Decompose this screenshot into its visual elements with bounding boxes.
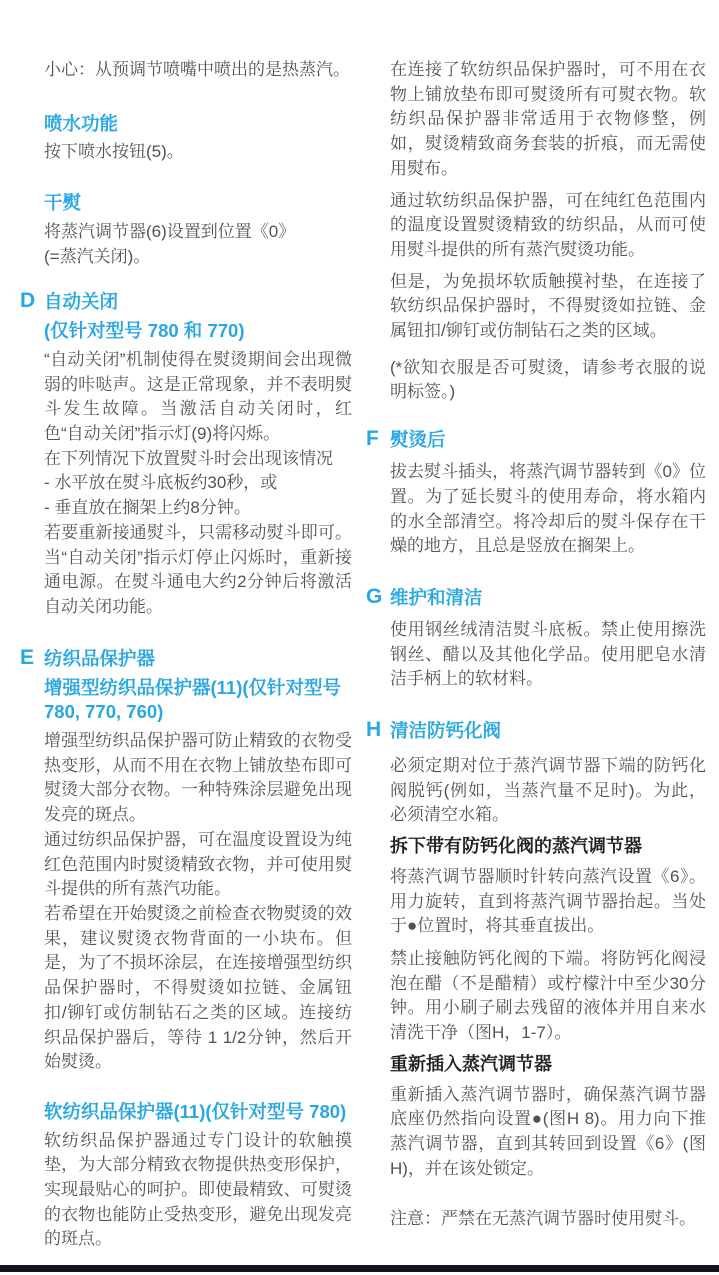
paragraph: 在下列情况下放置熨斗时会出现该情况	[44, 447, 352, 472]
paragraph: 将蒸汽调节器(6)设置到位置《0》	[44, 220, 352, 245]
paragraph: 使用钢丝绒清洁熨斗底板。禁止使用擦洗钢丝、醋以及其他化学品。使用肥皂水清洁手柄上…	[390, 618, 706, 692]
section-title: 清洁防钙化阀	[390, 720, 501, 741]
paragraph: - 垂直放在搁架上约8分钟。	[44, 496, 352, 521]
paragraph: “自动关闭”机制使得在熨烫期间会出现微弱的咔哒声。这是正常现象，并不表明熨斗发生…	[44, 348, 352, 447]
section-title: 熨烫后	[390, 429, 446, 450]
sub-heading: 增强型纺织品保护器(11)(仅针对型号 780, 770, 760)	[44, 676, 352, 725]
paragraph: 通过软纺织品保护器，可在纯红色范围内的温度设置熨烫精致的纺织品，从而可使用熨斗提…	[390, 189, 706, 263]
paragraph: 若希望在开始熨烫之前检查衣物熨烫的效果，建议熨烫衣物背面的一小块布。但是，为了不…	[44, 902, 352, 1075]
paragraph: 禁止接触防钙化阀的下端。将防钙化阀浸泡在醋（不是醋精）或柠檬汁中至少30分钟。用…	[390, 947, 706, 1046]
section-letter: G	[366, 584, 382, 609]
section-letter: H	[366, 717, 381, 742]
section-title: 纺织品保护器	[44, 648, 155, 669]
sub-heading: 干熨	[44, 191, 352, 216]
section-title: 自动关闭	[44, 291, 118, 312]
paragraph: 通过纺织品保护器，可在温度设置设为纯红色范围内时熨烫精致衣物，并可使用熨斗提供的…	[44, 828, 352, 902]
paragraph: 小心：从预调节喷嘴中喷出的是热蒸汽。	[44, 58, 352, 83]
section-heading-f: F熨烫后	[390, 427, 706, 454]
section-heading-e: E纺织品保护器	[44, 646, 352, 673]
manual-page: { "colors": { "accent": "#29a8e0", "body…	[0, 0, 719, 1275]
paragraph: (=蒸汽关闭)。	[44, 245, 352, 270]
paragraph: 按下喷水按钮(5)。	[44, 140, 352, 165]
paragraph: 必须定期对位于蒸汽调节器下端的防钙化阀脱钙(例如，当蒸汽量不足时)。为此，必须清…	[390, 754, 706, 828]
paragraph: 注意：严禁在无蒸汽调节器时使用熨斗。	[390, 1207, 706, 1232]
paragraph: 若要重新接通熨斗，只需移动熨斗即可。当“自动关闭”指示灯停止闪烁时，重新接通电源…	[44, 521, 352, 620]
section-letter: D	[20, 288, 35, 313]
paragraph: 增强型纺织品保护器可防止精致的衣物受热变形，从而不用在衣物上铺放垫布即可熨烫大部…	[44, 729, 352, 828]
sub-heading-black: 重新插入蒸汽调节器	[390, 1052, 706, 1077]
section-title: 维护和清洁	[390, 587, 483, 608]
section-letter: F	[366, 426, 379, 451]
section-letter: E	[20, 645, 34, 670]
paragraph: 软纺织品保护器通过专门设计的软触摸垫，为大部分精致衣物提供热变形保护，实现最贴心…	[44, 1129, 352, 1253]
paragraph: 将蒸汽调节器顺时针转向蒸汽设置《6》。用力旋转，直到将蒸汽调节器抬起。当处于●位…	[390, 865, 706, 939]
sub-heading: 软纺织品保护器(11)(仅针对型号 780)	[44, 1100, 352, 1125]
section-heading-d: D自动关闭	[44, 289, 352, 316]
paragraph: 但是，为免损坏软质触摸衬垫，在连接了软纺织品保护器时，不得熨烫如拉链、金属钮扣/…	[390, 270, 706, 344]
paragraph: (*欲知衣服是否可熨烫，请参考衣服的说明标签。)	[390, 356, 706, 405]
paragraph: - 水平放在熨斗底板约30秒，或	[44, 471, 352, 496]
sub-heading: 喷水功能	[44, 112, 352, 137]
left-column: 小心：从预调节喷嘴中喷出的是热蒸汽。喷水功能按下喷水按钮(5)。干熨将蒸汽调节器…	[44, 58, 352, 1252]
section-heading-h: H清洁防钙化阀	[390, 718, 706, 745]
section-heading-g: G维护和清洁	[390, 585, 706, 612]
paragraph: 拔去熨斗插头，将蒸汽调节器转到《0》位置。为了延长熨斗的使用寿命，将水箱内的水全…	[390, 460, 706, 559]
page-bottom-rule	[0, 1265, 719, 1272]
right-column: 在连接了软纺织品保护器时，可不用在衣物上铺放垫布即可熨烫所有可熨衣物。软纺织品保…	[390, 58, 706, 1232]
paragraph: 重新插入蒸汽调节器时，确保蒸汽调节器底座仍然指向设置●(图H 8)。用力向下推蒸…	[390, 1083, 706, 1182]
paragraph: 在连接了软纺织品保护器时，可不用在衣物上铺放垫布即可熨烫所有可熨衣物。软纺织品保…	[390, 58, 706, 182]
sub-heading: (仅针对型号 780 和 770)	[44, 319, 352, 344]
sub-heading-black: 拆下带有防钙化阀的蒸汽调节器	[390, 834, 706, 859]
